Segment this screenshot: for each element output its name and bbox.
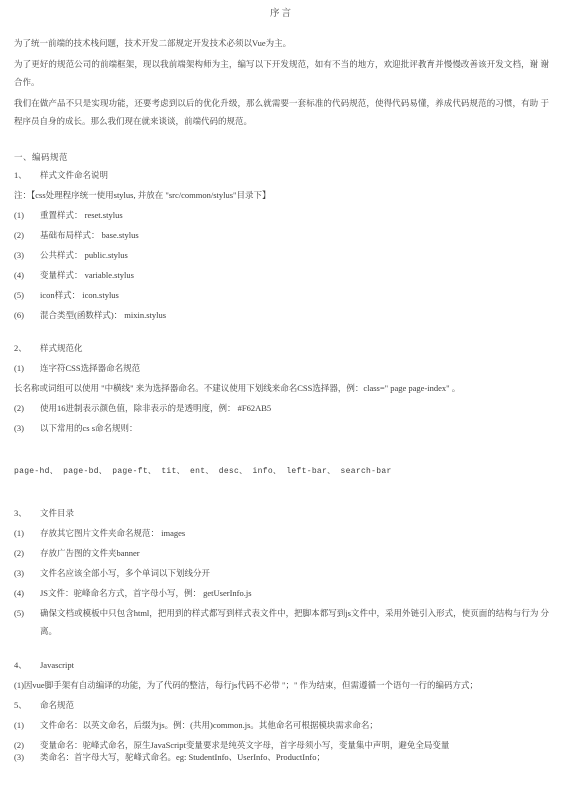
item-text: 以下常用的cs s命名规则： <box>40 419 138 437</box>
section-4-number: 4、 <box>14 656 40 674</box>
javascript-item-1: (1) 因vue脚手架有自动编译的功能，为了代码的整洁，每行js代码不必带 "；… <box>14 676 549 694</box>
item-number: (4) <box>14 584 40 602</box>
item-text: 变量样式： variable.stylus <box>40 266 134 284</box>
style-rule-item-3: (3) 以下常用的cs s命名规则： <box>14 419 549 437</box>
item-text: 确保文档或模板中只包含html，把用到的样式都写到样式表文件中，把脚本都写到js… <box>40 604 549 640</box>
item-number: (1) <box>14 524 40 542</box>
style-file-item-6: (6) 混合类型(函数样式)： mixin.stylus <box>14 306 549 324</box>
section-1-title: 样式文件命名说明 <box>40 166 108 184</box>
naming-item-3: (3) 类命名：首字母大写，驼峰式命名。eg: StudentInfo、User… <box>14 748 549 766</box>
css-class-name-examples: page-hd、 page-bd、 page-ft、 tit、 ent、 des… <box>14 463 549 481</box>
section-1-number: 1、 <box>14 166 40 184</box>
chapter-heading: 一、编码规范 <box>14 148 549 166</box>
item-number: (1) <box>14 359 40 377</box>
file-dir-item-4: (4) JS文件：驼峰命名方式，首字母小写，例： getUserInfo.js <box>14 584 549 602</box>
item-text: 公共样式： public.stylus <box>40 246 128 264</box>
item-number: (2) <box>14 544 40 562</box>
file-dir-item-3: (3) 文件名应该全部小写，多个单词以下划线分开 <box>14 564 549 582</box>
style-rule-item-1: (1) 连字符CSS选择器命名规范 <box>14 359 549 377</box>
section-2-heading: 2、 样式规范化 <box>14 339 549 357</box>
item-number: (3) <box>14 564 40 582</box>
document-page: 序言 为了统一前端的技术栈问题，技术开发二部规定开发技术必须以Vue为主。 为了… <box>0 0 563 792</box>
item-text: 重置样式： reset.stylus <box>40 206 123 224</box>
item-number: (5) <box>14 286 40 304</box>
section-5-heading: 5、 命名规范 <box>14 696 549 714</box>
style-file-item-5: (5) icon样式： icon.stylus <box>14 286 549 304</box>
section-1-heading: 1、 样式文件命名说明 <box>14 166 549 184</box>
item-text: 基础布局样式： base.stylus <box>40 226 139 244</box>
item-text: 文件名应该全部小写，多个单词以下划线分开 <box>40 564 210 582</box>
item-number: (1) <box>14 206 40 224</box>
hyphen-naming-note: 长名称或词组可以使用 "中横线" 来为选择器命名。不建议使用下划线来命名CSS选… <box>14 379 549 397</box>
style-file-item-3: (3) 公共样式： public.stylus <box>14 246 549 264</box>
item-text: 存放广告图的文件夹banner <box>40 544 140 562</box>
section-1-note: 注：【css处理程序统一使用stylus, 并放在 "src/common/st… <box>14 186 549 204</box>
item-text: JS文件：驼峰命名方式，首字母小写，例： getUserInfo.js <box>40 584 252 602</box>
item-number: (4) <box>14 266 40 284</box>
item-number: (3) <box>14 748 40 766</box>
file-dir-item-5: (5) 确保文档或模板中只包含html，把用到的样式都写到样式表文件中，把脚本都… <box>14 604 549 640</box>
section-2-number: 2、 <box>14 339 40 357</box>
section-2-title: 样式规范化 <box>40 339 83 357</box>
item-number: (2) <box>14 399 40 417</box>
intro-paragraph-1: 为了统一前端的技术栈问题，技术开发二部规定开发技术必须以Vue为主。 <box>14 34 549 52</box>
item-text: 因vue脚手架有自动编译的功能，为了代码的整洁，每行js代码不必带 "；" 作为… <box>24 676 478 694</box>
item-text: 类命名：首字母大写，驼峰式命名。eg: StudentInfo、UserInfo… <box>40 748 325 766</box>
item-number: (1) <box>14 676 24 694</box>
section-4-title: Javascript <box>40 656 74 674</box>
intro-paragraph-3: 我们在做产品不只是实现功能，还要考虑到以后的优化升级，那么就需要一套标准的代码规… <box>14 94 549 130</box>
item-number: (3) <box>14 419 40 437</box>
item-number: (1) <box>14 716 40 734</box>
style-file-item-2: (2) 基础布局样式： base.stylus <box>14 226 549 244</box>
item-text: 文件命名：以英文命名，后缀为js。例：(共用)common.js。其他命名可根据… <box>40 716 378 734</box>
section-3-heading: 3、 文件目录 <box>14 504 549 522</box>
item-number: (5) <box>14 604 40 640</box>
file-dir-item-2: (2) 存放广告图的文件夹banner <box>14 544 549 562</box>
section-3-number: 3、 <box>14 504 40 522</box>
section-5-number: 5、 <box>14 696 40 714</box>
item-text: 混合类型(函数样式)： mixin.stylus <box>40 306 166 324</box>
naming-item-1: (1) 文件命名：以英文命名，后缀为js。例：(共用)common.js。其他命… <box>14 716 549 734</box>
section-4-heading: 4、 Javascript <box>14 656 549 674</box>
section-3-title: 文件目录 <box>40 504 74 522</box>
intro-paragraph-2: 为了更好的规范公司的前端框架，现以我前端架构师为主，编写以下开发规范，如有不当的… <box>14 55 549 91</box>
item-number: (6) <box>14 306 40 324</box>
item-number: (3) <box>14 246 40 264</box>
item-number: (2) <box>14 226 40 244</box>
style-file-item-1: (1) 重置样式： reset.stylus <box>14 206 549 224</box>
section-5-title: 命名规范 <box>40 696 74 714</box>
page-title: 序言 <box>14 8 549 20</box>
file-dir-item-1: (1) 存放其它图片文件夹命名规范： images <box>14 524 549 542</box>
style-file-item-4: (4) 变量样式： variable.stylus <box>14 266 549 284</box>
item-text: 使用16进制表示颜色值，除非表示的是透明度，例： #F62AB5 <box>40 399 271 417</box>
item-text: icon样式： icon.stylus <box>40 286 119 304</box>
style-rule-item-2: (2) 使用16进制表示颜色值，除非表示的是透明度，例： #F62AB5 <box>14 399 549 417</box>
item-text: 存放其它图片文件夹命名规范： images <box>40 524 185 542</box>
item-text: 连字符CSS选择器命名规范 <box>40 359 140 377</box>
